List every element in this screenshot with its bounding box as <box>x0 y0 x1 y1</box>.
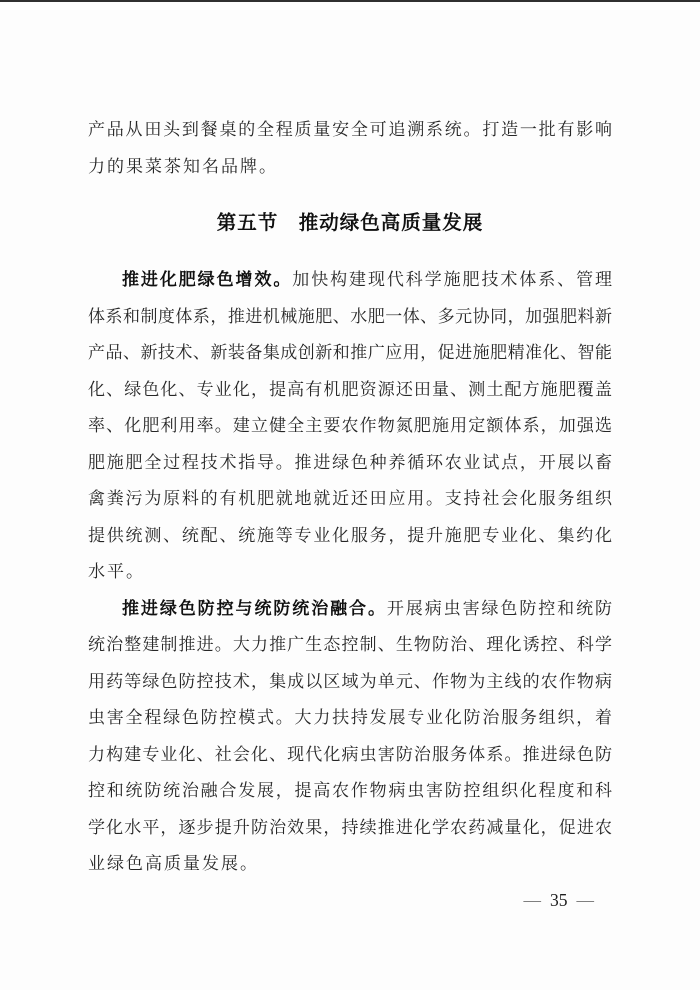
paragraph-line: 产品、新技术、新装备集成创新和推广应用，促进施肥精准化、智能 <box>88 335 612 372</box>
paragraph-lead-bold: 推进化肥绿色增效。 <box>122 270 292 289</box>
footer-dash-left: — <box>524 890 542 910</box>
paragraph-line: 业绿色高质量发展。 <box>88 846 612 883</box>
section-heading: 第五节 推动绿色高质量发展 <box>88 204 612 244</box>
paragraph-pest-control: 推进绿色防控与统防统治融合。开展病虫害绿色防控和统防 统治整建制推进。大力推广生… <box>88 591 612 883</box>
document-page: 产品从田头到餐桌的全程质量安全可追溯系统。打造一批有影响 力的果菜茶知名品牌。 … <box>0 0 700 990</box>
intro-paragraph: 产品从田头到餐桌的全程质量安全可追溯系统。打造一批有影响 力的果菜茶知名品牌。 <box>88 112 612 185</box>
paragraph-line: 提供统测、统配、统施等专业化服务，提升施肥专业化、集约化 <box>88 518 612 555</box>
paragraph-line: 虫害全程绿色防控模式。大力扶持发展专业化防治服务组织，着 <box>88 700 612 737</box>
paragraph-line: 禽粪污为原料的有机肥就地就近还田应用。支持社会化服务组织 <box>88 481 612 518</box>
paragraph-line: 产品从田头到餐桌的全程质量安全可追溯系统。打造一批有影响 <box>88 112 612 149</box>
paragraph-fertilizer: 推进化肥绿色增效。加快构建现代科学施肥技术体系、管理 体系和制度体系，推进机械施… <box>88 262 612 591</box>
paragraph-line: 力构建专业化、社会化、现代化病虫害防治服务体系。推进绿色防 <box>88 737 612 774</box>
page-body: 产品从田头到餐桌的全程质量安全可追溯系统。打造一批有影响 力的果菜茶知名品牌。 … <box>88 0 612 883</box>
paragraph-line: 水平。 <box>88 554 612 591</box>
paragraph-lead-rest: 开展病虫害绿色防控和统防 <box>387 599 612 618</box>
paragraph-line: 化、绿色化、专业化，提高有机肥资源还田量、测土配方施肥覆盖 <box>88 372 612 409</box>
paragraph-line: 力的果菜茶知名品牌。 <box>88 149 612 186</box>
page-number: 35 <box>550 890 568 910</box>
paragraph-line: 推进化肥绿色增效。加快构建现代科学施肥技术体系、管理 <box>88 262 612 299</box>
page-number-footer: —35— <box>515 888 604 912</box>
paragraph-line: 学化水平，逐步提升防治效果，持续推进化学农药减量化，促进农 <box>88 810 612 847</box>
footer-dash-right: — <box>577 890 595 910</box>
paragraph-line: 体系和制度体系，推进机械施肥、水肥一体、多元协同，加强肥料新 <box>88 299 612 336</box>
paragraph-line: 率、化肥利用率。建立健全主要农作物氮肥施用定额体系，加强选 <box>88 408 612 445</box>
paragraph-lead-rest: 加快构建现代科学施肥技术体系、管理 <box>292 270 612 289</box>
paragraph-line: 肥施肥全过程技术指导。推进绿色种养循环农业试点，开展以畜 <box>88 445 612 482</box>
paragraph-line: 用药等绿色防控技术，集成以区域为单元、作物为主线的农作物病 <box>88 664 612 701</box>
paragraph-lead-bold: 推进绿色防控与统防统治融合。 <box>122 599 387 618</box>
paragraph-line: 统治整建制推进。大力推广生态控制、生物防治、理化诱控、科学 <box>88 627 612 664</box>
paragraph-line: 推进绿色防控与统防统治融合。开展病虫害绿色防控和统防 <box>88 591 612 628</box>
paragraph-line: 控和统防统治融合发展，提高农作物病虫害防控组织化程度和科 <box>88 773 612 810</box>
